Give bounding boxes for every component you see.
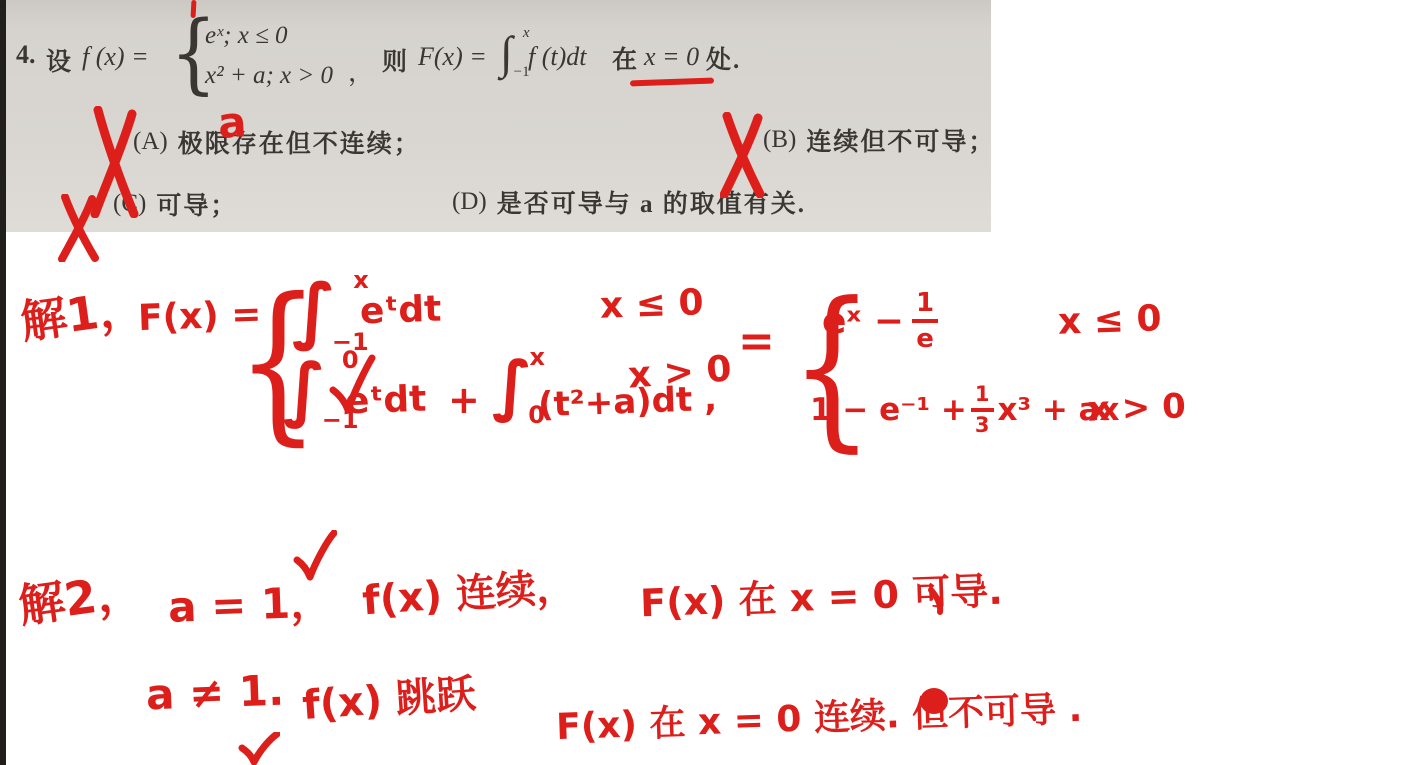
whiteboard-page: 4. 设 f (x) = { eˣ; x ≤ 0 x² + a; x > 0 ，…: [0, 0, 1402, 765]
stray-red-tick: [191, 0, 197, 18]
integral-sign: ∫: [500, 33, 513, 72]
solution1-case1-integral: ∫ x −1: [292, 268, 369, 354]
fraction-numerator: 1: [912, 290, 938, 323]
integral-upper-bound: x: [529, 345, 544, 369]
solution1-case2-condition: x > 0: [627, 348, 733, 396]
solution1-case1-body: eᵗdt: [359, 289, 442, 333]
problem-integral: ∫ x −1: [500, 26, 530, 80]
problem-number: 4.: [16, 40, 36, 70]
problem-F-definition: F(x) =: [418, 42, 487, 72]
solution1-plus: +: [448, 378, 480, 422]
solution2-label: 解2，: [14, 554, 146, 637]
solution1-result2-condition: x > 0: [1087, 386, 1186, 429]
fraction-denominator: 3: [975, 412, 990, 436]
problem-zai: 在: [612, 40, 639, 76]
option-d-label: (D): [452, 188, 487, 216]
integral-upper-bound: x: [353, 268, 368, 292]
solution2-f-continuous: f(x) 连续，: [360, 555, 577, 627]
solution1-equals: =: [738, 316, 775, 367]
problem-chu: 处.: [706, 40, 741, 76]
integral-sign: ∫: [283, 360, 326, 420]
integral-upper-bound: x: [523, 26, 530, 41]
solution2-F-continuous-not-differentiable: F(x) 在 x = 0 连续. 但不可导 .: [555, 681, 1083, 750]
problem-integrand: f (t)dt: [528, 42, 587, 72]
problem-f-definition: f (x) =: [82, 42, 149, 72]
integral-upper-bound: 0: [342, 348, 359, 372]
option-c-text: 可导；: [156, 186, 237, 222]
integral-sign: ∫: [292, 280, 336, 341]
integral-sign: ∫: [492, 358, 532, 414]
solution1-label: 解1，: [16, 270, 148, 353]
problem-x-equals-0: x = 0: [644, 42, 699, 72]
solution2-a-not-equal-1: a ≠ 1.: [145, 666, 285, 720]
solution1-result2: 1 − e⁻¹ + 1 3 x³ + ax: [810, 384, 1120, 436]
problem-then: 则: [382, 42, 409, 78]
problem-case-bottom: x² + a; x > 0: [205, 62, 333, 90]
solution1-result1: eˣ − 1 e: [822, 290, 938, 352]
fraction-1-over-e: 1 e: [912, 290, 938, 352]
fraction-numerator: 1: [971, 384, 994, 412]
tick-mark: [926, 586, 950, 616]
emphasis-dot: [920, 688, 948, 714]
option-b-label: (B): [763, 126, 796, 154]
option-b-text: 连续但不可导；: [806, 122, 995, 158]
option-a: (A) 极限存在但不连续；: [133, 124, 421, 160]
problem-comma: ，: [348, 52, 374, 89]
fraction-denominator: e: [916, 323, 934, 352]
checkmark-a-not-equal-1: [238, 732, 280, 765]
result2-expression-pre: 1 − e⁻¹ +: [810, 392, 967, 428]
solution1-case1-condition: x ≤ 0: [599, 282, 704, 327]
solution2-f-jump: f(x) 跳跃: [300, 662, 477, 731]
solution1-case2-body-1: eᵗdt: [344, 379, 427, 423]
fraction-1-over-3: 1 3: [971, 384, 994, 436]
result1-expression: eˣ −: [822, 301, 904, 342]
solution1-result1-condition: x ≤ 0: [1057, 298, 1162, 343]
x-mark-option-b: [720, 112, 766, 198]
problem-case-top: eˣ; x ≤ 0: [205, 22, 288, 50]
handwritten-a-note: a: [216, 97, 248, 148]
problem-she: 设: [46, 42, 73, 78]
option-a-text: 极限存在但不连续；: [178, 124, 421, 160]
x-mark-option-c: [58, 194, 100, 262]
checkmark-a-equals-1: [293, 530, 337, 582]
option-b: (B) 连续但不可导；: [763, 122, 995, 158]
